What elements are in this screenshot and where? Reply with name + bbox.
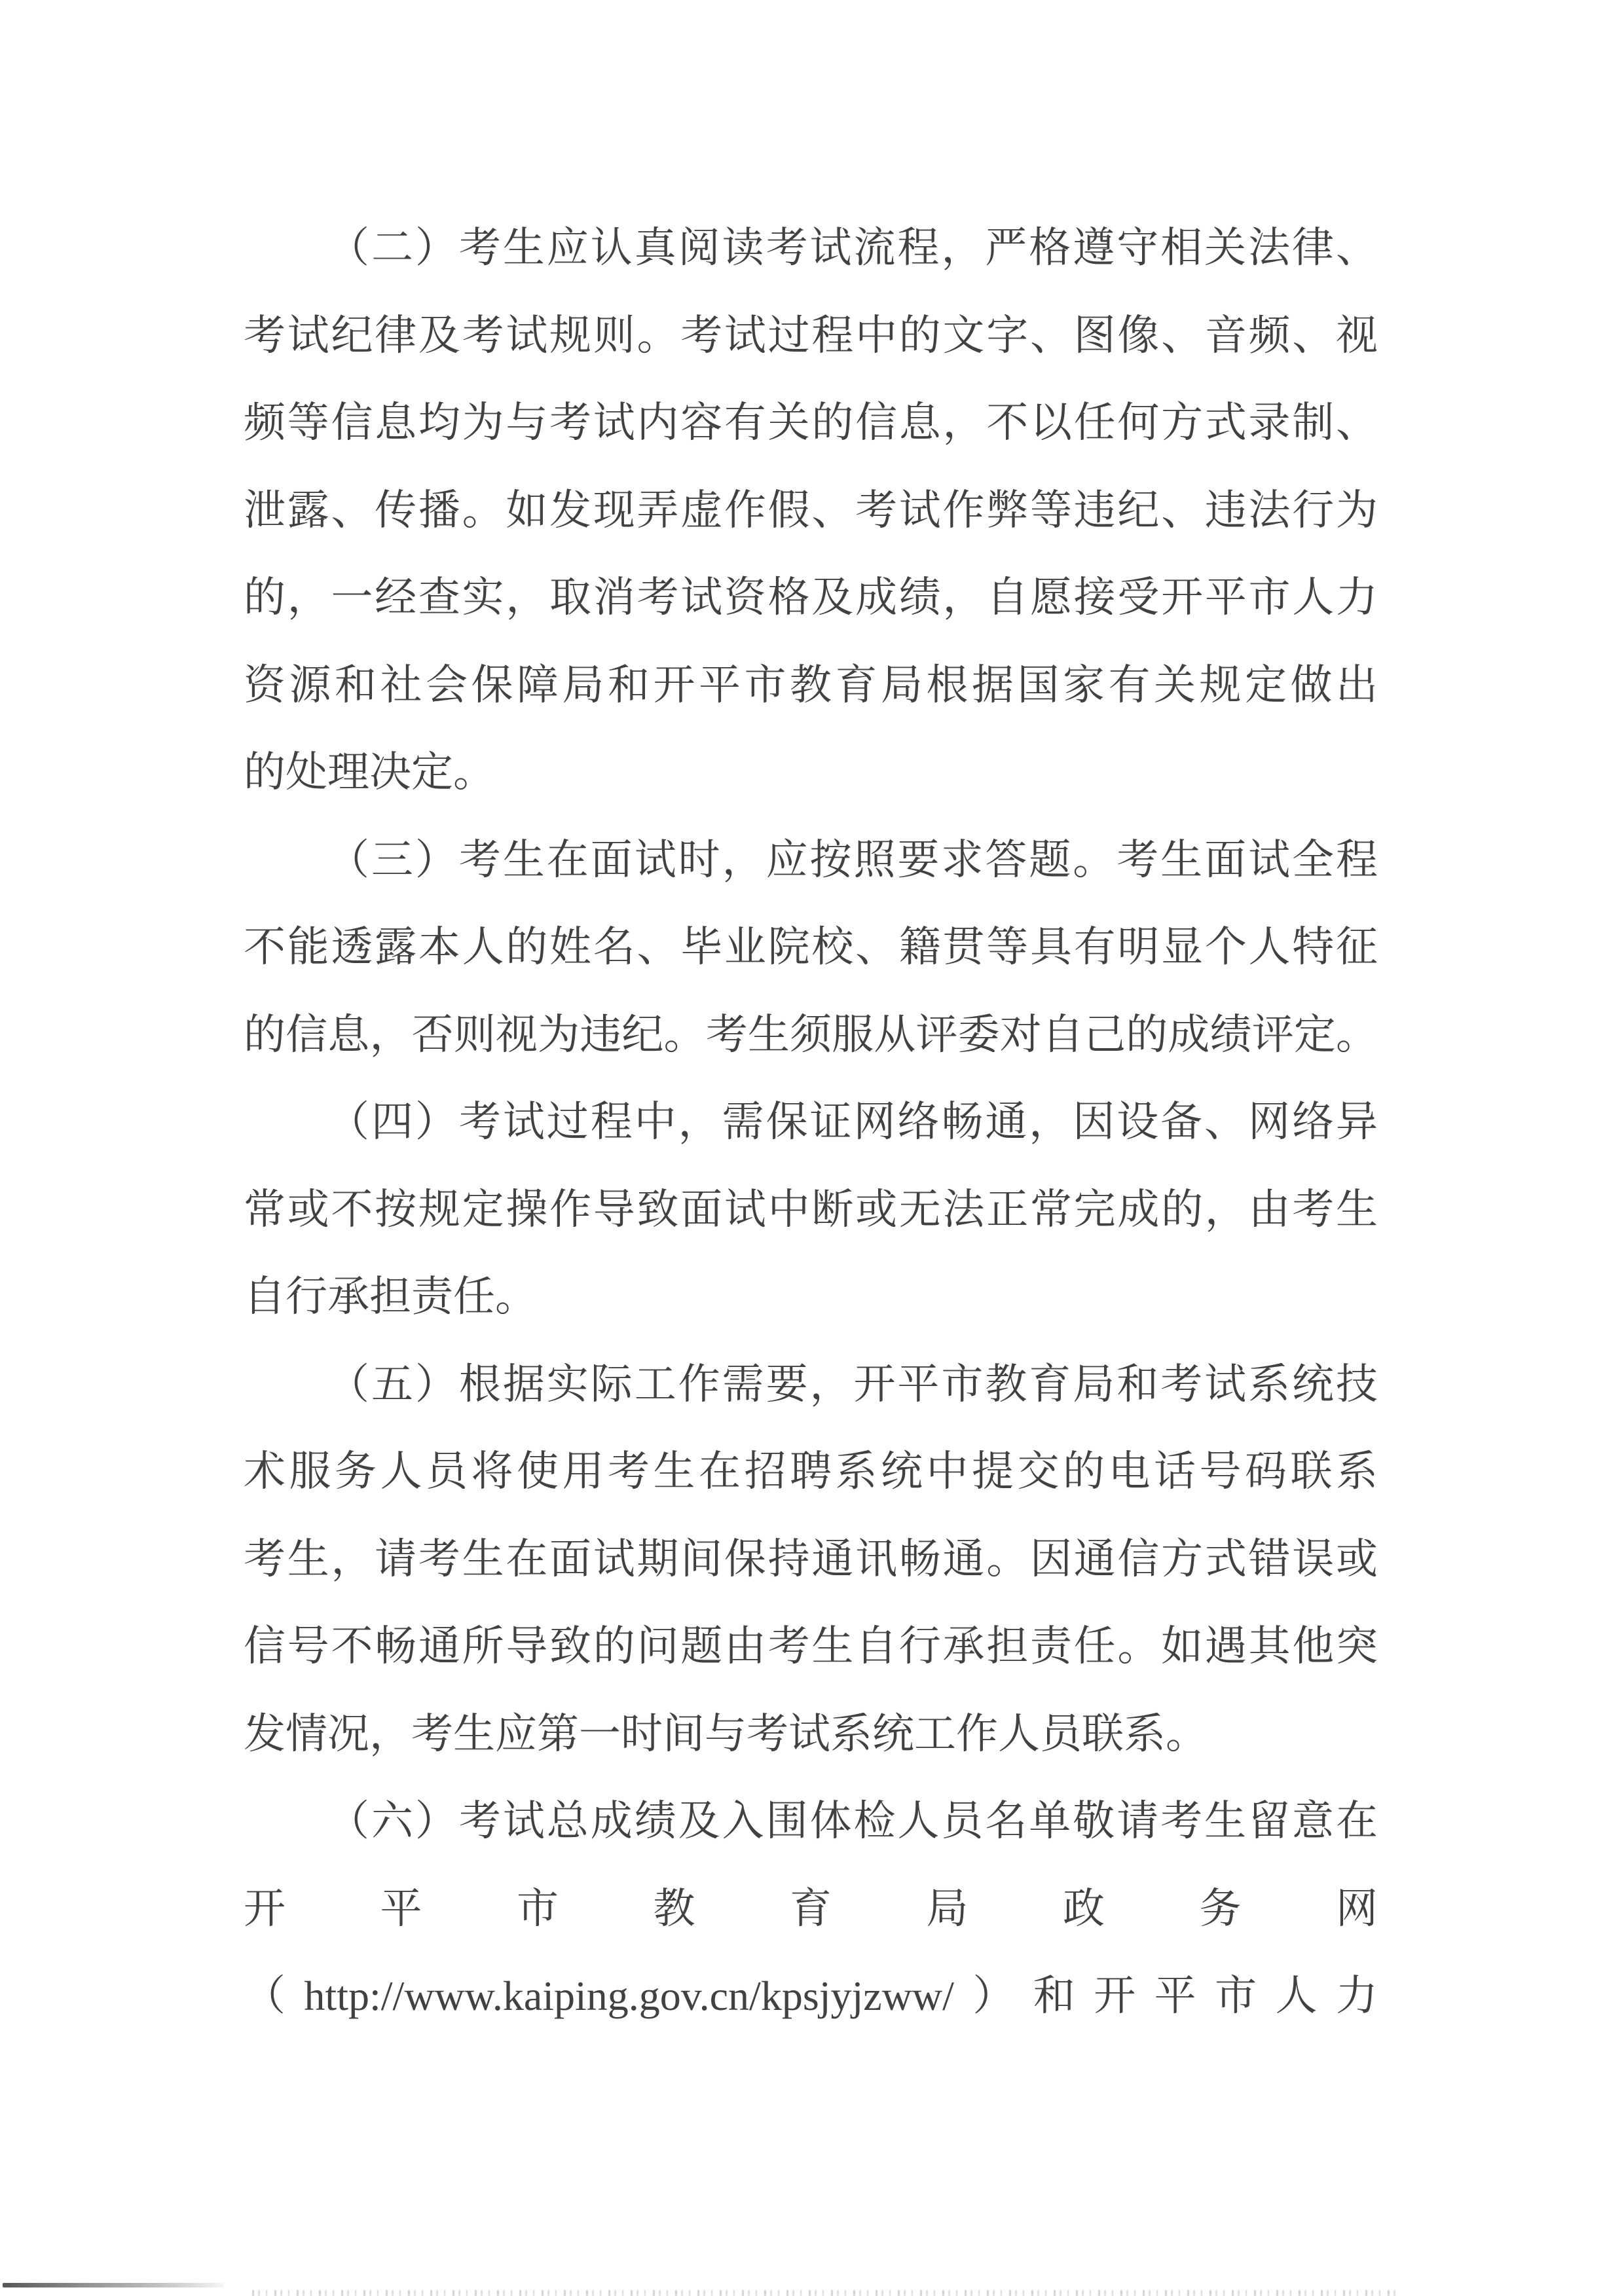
text-line-16: 考生，请考生在面试期间保持通讯畅通。因通信方式错误或 [244,1516,1378,1603]
text-line-11: （四）考试过程中，需保证网络畅通，因设备、网络异 [244,1078,1378,1166]
text-line-19: （六）考试总成绩及入围体检人员名单敬请考生留意在 [244,1777,1378,1865]
text-line-12: 常或不按规定操作导致面试中断或无法正常完成的，由考生 [244,1166,1378,1254]
text-line-20: 开平市教育局政务网 [244,1865,1378,1953]
text-line-3: 频等信息均为与考试内容有关的信息，不以任何方式录制、 [244,379,1378,467]
text-line-14: （五）根据实际工作需要，开平市教育局和考试系统技 [244,1341,1378,1429]
text-line-17: 信号不畅通所导致的问题由考生自行承担责任。如遇其他突 [244,1603,1378,1690]
text-line-10: 的信息，否则视为违纪。考生须服从评委对自己的成绩评定。 [244,991,1378,1079]
text-line-9: 不能透露本人的姓名、毕业院校、籍贯等具有明显个人特征 [244,903,1378,991]
text-line-15: 术服务人员将使用考生在招聘系统中提交的电话号码联系 [244,1428,1378,1516]
text-line-8: （三）考生在面试时，应按照要求答题。考生面试全程 [244,816,1378,904]
text-line-1: （二）考生应认真阅读考试流程，严格遵守相关法律、 [244,204,1378,292]
text-line-5: 的，一经查实，取消考试资格及成绩，自愿接受开平市人力 [244,554,1378,642]
text-line-4: 泄露、传播。如发现弄虚作假、考试作弊等违纪、违法行为 [244,467,1378,555]
scan-artifact-streak [3,2283,224,2287]
text-line-21: （http://www.kaiping.gov.cn/kpsjyjzww/）和开… [244,1952,1378,2040]
text-line-13: 自行承担责任。 [244,1253,1378,1341]
scan-artifact-edge-noise [252,2290,1398,2296]
document-page: （二）考生应认真阅读考试流程，严格遵守相关法律、考试纪律及考试规则。考试过程中的… [0,0,1624,2296]
document-body: （二）考生应认真阅读考试流程，严格遵守相关法律、考试纪律及考试规则。考试过程中的… [244,204,1378,2040]
text-line-7: 的处理决定。 [244,729,1378,816]
text-line-6: 资源和社会保障局和开平市教育局根据国家有关规定做出 [244,642,1378,729]
text-line-18: 发情况，考生应第一时间与考试系统工作人员联系。 [244,1690,1378,1778]
text-line-2: 考试纪律及考试规则。考试过程中的文字、图像、音频、视 [244,292,1378,380]
